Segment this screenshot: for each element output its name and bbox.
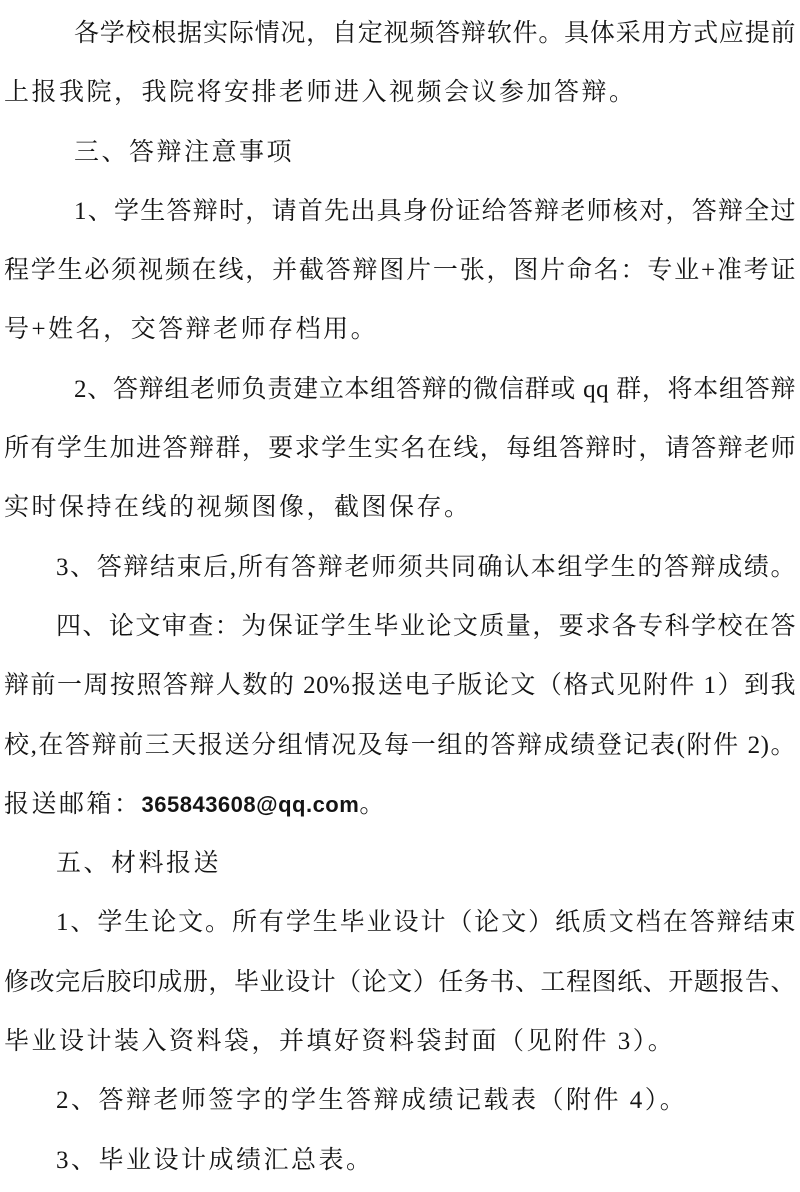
section-heading-5: 五、材料报送 [4,834,796,893]
email-address: 365843608@qq.com [142,792,360,817]
paragraph-line: 3、毕业设计成绩汇总表。 [4,1131,796,1190]
paragraph-line: 程学生必须视频在线，并截答辩图片一张，图片命名：专业+准考证 [4,241,796,300]
email-suffix: 。 [359,791,387,818]
paragraph-line: 2、答辩老师签字的学生答辩成绩记载表（附件 4）。 [4,1071,796,1130]
paragraph-line: 校,在答辩前三天报送分组情况及每一组的答辩成绩登记表(附件 2)。 [4,716,796,775]
paragraph-line: 3、答辩结束后,所有答辩老师须共同确认本组学生的答辩成绩。 [4,538,796,597]
paragraph-line: 上报我院，我院将安排老师进入视频会议参加答辩。 [4,63,796,122]
paragraph-line: 毕业设计装入资料袋，并填好资料袋封面（见附件 3）。 [4,1012,796,1071]
document-page: 各学校根据实际情况，自定视频答辩软件。具体采用方式应提前上报我院，我院将安排老师… [0,0,800,1192]
email-label: 报送邮箱： [4,791,142,818]
section-heading-3: 三、答辩注意事项 [4,123,796,182]
section-heading-4: 四、论文审查：为保证学生毕业论文质量，要求各专科学校在答 [4,597,796,656]
paragraph-line: 1、学生答辩时，请首先出具身份证给答辩老师核对，答辩全过 [4,182,796,241]
paragraph-line: 实时保持在线的视频图像，截图保存。 [4,478,796,537]
document-body: 各学校根据实际情况，自定视频答辩软件。具体采用方式应提前上报我院，我院将安排老师… [4,4,796,1190]
paragraph-line: 2、答辩组老师负责建立本组答辩的微信群或 qq 群，将本组答辩 [4,360,796,419]
paragraph-line: 修改完后胶印成册，毕业设计（论文）任务书、工程图纸、开题报告、 [4,953,796,1012]
paragraph-line: 辩前一周按照答辩人数的 20%报送电子版论文（格式见附件 1）到我 [4,656,796,715]
paragraph-line: 各学校根据实际情况，自定视频答辩软件。具体采用方式应提前 [4,4,796,63]
paragraph-line: 所有学生加进答辩群，要求学生实名在线，每组答辩时，请答辩老师 [4,419,796,478]
email-line: 报送邮箱：365843608@qq.com。 [4,775,796,834]
paragraph-line: 1、学生论文。所有学生毕业设计（论文）纸质文档在答辩结束 [4,893,796,952]
paragraph-line: 号+姓名，交答辩老师存档用。 [4,300,796,359]
